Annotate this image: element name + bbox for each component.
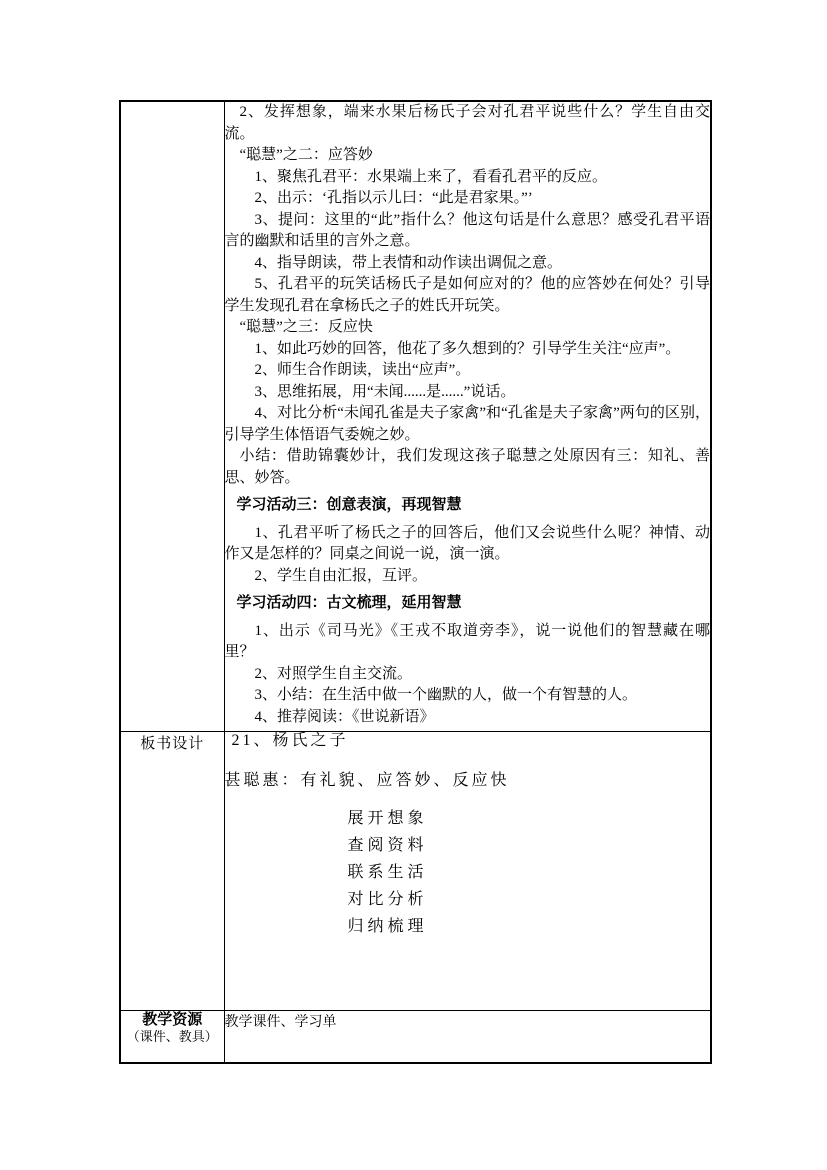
board-item: 联系生活 <box>348 859 711 886</box>
teaching-resources-content: 教学课件、学习单 <box>225 1011 711 1031</box>
board-design-cell: 21、杨氏之子 甚聪惠：有礼貌、应答妙、反应快 展开想象 查阅资料 联系生活 对… <box>224 732 711 1011</box>
lesson-paragraph: 3、思维拓展，用“未闻......是......”说话。 <box>225 382 711 404</box>
teaching-resources-label-cell: 教学资源 （课件、教具） <box>120 1011 224 1064</box>
table-row: 2、发挥想象，端来水果后杨氏子会对孔君平说些什么？学生自由交流。 “聪慧”之二：… <box>120 101 711 732</box>
table-row: 教学资源 （课件、教具） 教学课件、学习单 <box>120 1011 711 1064</box>
lesson-summary: 小结：借助锦囊妙计，我们发现这孩子聪慧之处原因有三：知礼、善思、妙答。 <box>225 446 711 489</box>
lesson-paragraph: 2、学生自由汇报，互评。 <box>225 566 711 588</box>
board-subtitle: 甚聪惠：有礼貌、应答妙、反应快 <box>225 772 711 790</box>
lesson-subheading: “聪慧”之二：应答妙 <box>225 145 711 167</box>
lesson-paragraph: 4、指导朗读，带上表情和动作读出调侃之意。 <box>225 253 711 275</box>
activity-heading: 学习活动三：创意表演，再现智慧 <box>225 494 711 516</box>
board-item: 对比分析 <box>348 886 711 913</box>
table-row: 板书设计 21、杨氏之子 甚聪惠：有礼貌、应答妙、反应快 展开想象 查阅资料 联… <box>120 732 711 1011</box>
board-design-label: 板书设计 <box>140 736 204 752</box>
activity-heading: 学习活动四：古文梳理，延用智慧 <box>225 592 711 614</box>
board-item: 归纳梳理 <box>348 913 711 940</box>
lesson-paragraph: 1、聚焦孔君平：水果端上来了，看看孔君平的反应。 <box>225 167 711 189</box>
board-item: 展开想象 <box>348 805 711 832</box>
lesson-paragraph: 2、出示：‘孔指以示儿曰：“此是君家果。”’ <box>225 188 711 210</box>
teaching-resources-sublabel: （课件、教具） <box>121 1029 224 1045</box>
lesson-paragraph: 1、出示《司马光》《王戎不取道旁李》，说一说他们的智慧藏在哪里？ <box>225 621 711 664</box>
lesson-paragraph: 3、小结：在生活中做一个幽默的人，做一个有智慧的人。 <box>225 685 711 707</box>
lesson-plan-table: 2、发挥想象，端来水果后杨氏子会对孔君平说些什么？学生自由交流。 “聪慧”之二：… <box>119 100 712 1064</box>
board-items: 展开想象 查阅资料 联系生活 对比分析 归纳梳理 <box>225 805 711 940</box>
lesson-paragraph: 2、对照学生自主交流。 <box>225 664 711 686</box>
lesson-paragraph: 5、孔君平的玩笑话杨氏子是如何应对的？他的应答妙在何处？引导学生发现孔君在拿杨氏… <box>225 274 711 317</box>
process-label-cell-empty <box>120 101 224 732</box>
lesson-paragraph: 4、对比分析“未闻孔雀是夫子家禽”和“孔雀是夫子家禽”两句的区别，引导学生体悟语… <box>225 403 711 446</box>
lesson-paragraph: 1、孔君平听了杨氏之子的回答后，他们又会说些什么呢？神情、动作又是怎样的？同桌之… <box>225 523 711 566</box>
lesson-process-cell: 2、发挥想象，端来水果后杨氏子会对孔君平说些什么？学生自由交流。 “聪慧”之二：… <box>224 101 711 732</box>
lesson-paragraph: 1、如此巧妙的回答，他花了多久想到的？引导学生关注“应声”。 <box>225 339 711 361</box>
board-item: 查阅资料 <box>348 832 711 859</box>
lesson-paragraph: 2、师生合作朗读，读出“应声”。 <box>225 360 711 382</box>
lesson-paragraph: 3、提问：这里的“此”指什么？他这句话是什么意思？感受孔君平语言的幽默和话里的言… <box>225 210 711 253</box>
document-page: 2、发挥想象，端来水果后杨氏子会对孔君平说些什么？学生自由交流。 “聪慧”之二：… <box>0 0 827 1170</box>
board-design-label-cell: 板书设计 <box>120 732 224 1011</box>
lesson-paragraph: 2、发挥想象，端来水果后杨氏子会对孔君平说些什么？学生自由交流。 <box>225 102 711 145</box>
lesson-subheading: “聪慧”之三：反应快 <box>225 317 711 339</box>
lesson-paragraph: 4、推荐阅读：《世说新语》 <box>225 707 711 729</box>
teaching-resources-label: 教学资源 <box>121 1011 224 1029</box>
teaching-resources-cell: 教学课件、学习单 <box>224 1011 711 1064</box>
board-title: 21、杨氏之子 <box>232 732 711 750</box>
